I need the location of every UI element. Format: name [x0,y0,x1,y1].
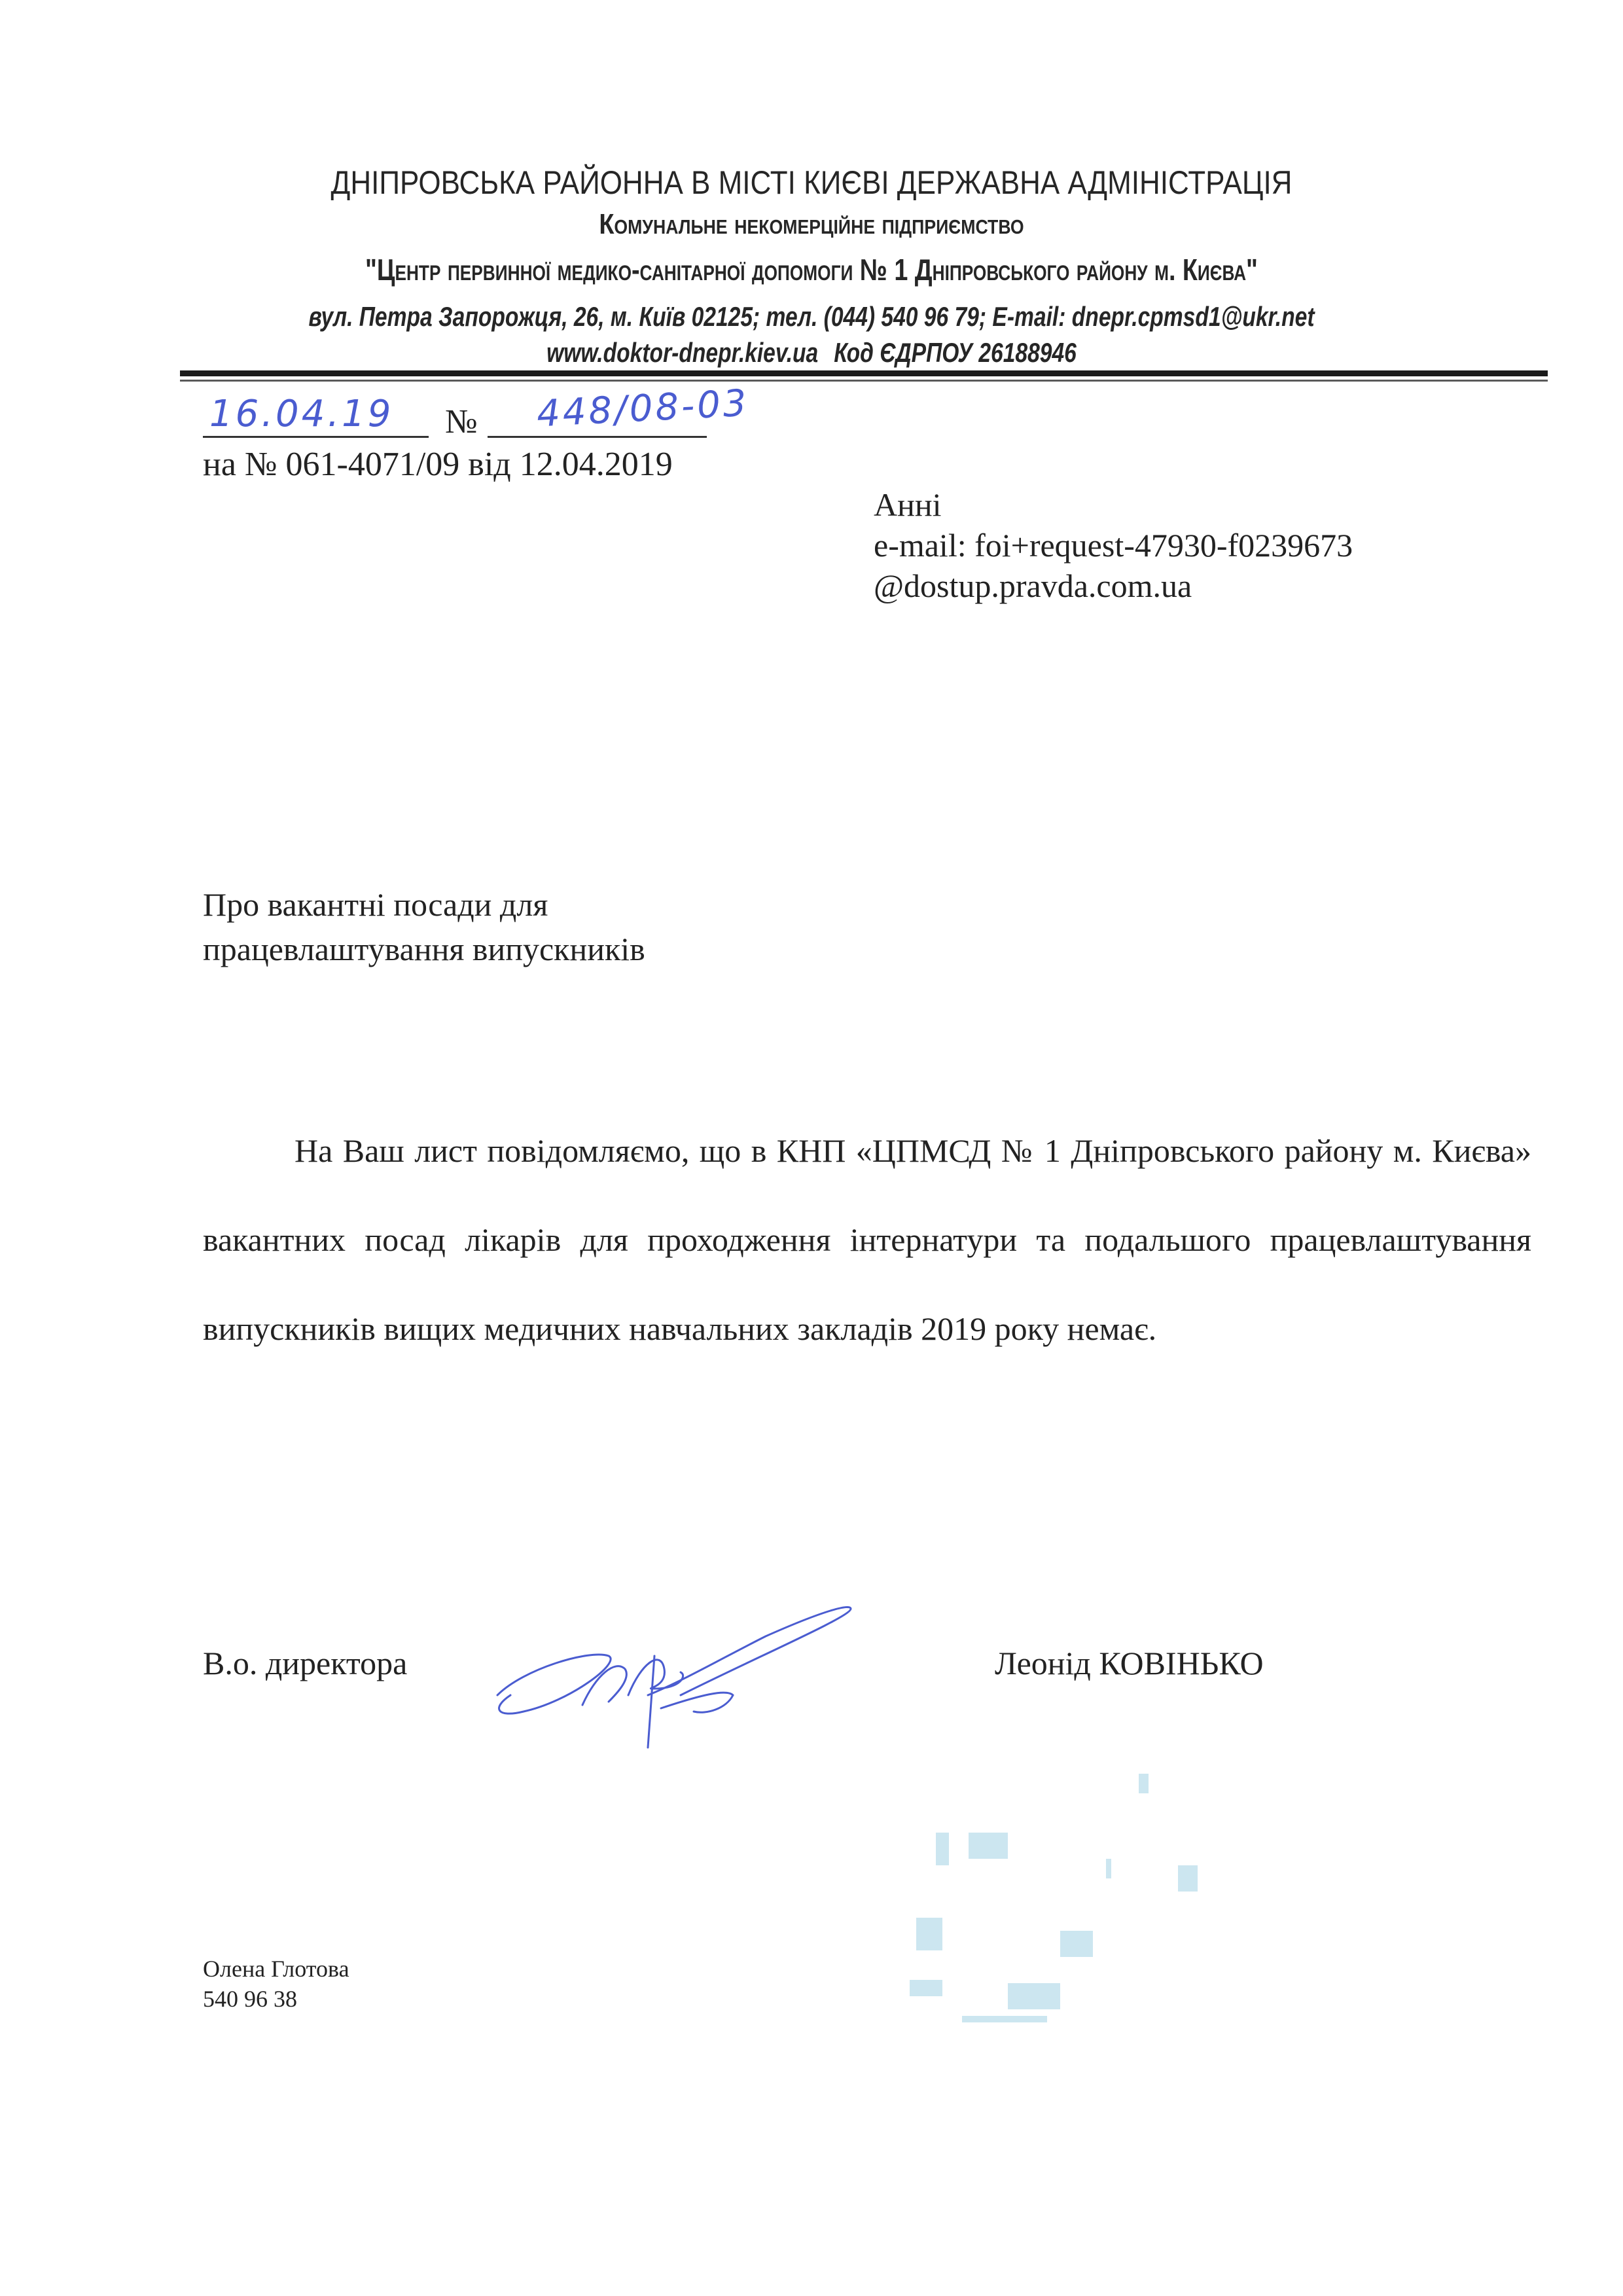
subject-block: Про вакантні посади для працевлаштування… [203,882,645,971]
letterhead-website: www.doktor-dnepr.kiev.ua [546,337,818,368]
handwritten-signature [484,1597,982,1770]
addressee-email-line1: e-mail: foi+request-47930-f0239673 [874,525,1353,565]
number-sign: № [445,403,478,441]
outgoing-number-handwritten: 448/08-03 [536,382,750,436]
signatory-name: Леонід КОВІНЬКО [995,1644,1264,1682]
stamp-imprint-icon [877,1767,1466,2042]
letterhead-address: вул. Петра Запорожця, 26, м. Київ 02125;… [162,301,1461,332]
letterhead-administration: ДНІПРОВСЬКА РАЙОННА В МІСТІ КИЄВІ ДЕРЖАВ… [98,164,1525,202]
letterhead-rule-thick [180,370,1548,376]
addressee-block: Анні e-mail: foi+request-47930-f0239673 … [874,484,1353,606]
signatory-title: В.о. директора [203,1644,407,1682]
letterhead-rule-thin [180,380,1548,382]
executor-phone: 540 96 38 [203,1984,349,2014]
letterhead-enterprise-type: Комунальне некомерційне підприємство [114,208,1510,241]
body-paragraph: На Ваш лист повідомляємо, що в КНП «ЦПМС… [203,1106,1531,1373]
addressee-email-line2: @dostup.pravda.com.ua [874,565,1353,606]
executor-contact: Олена Глотова 540 96 38 [203,1954,349,2014]
number-underline [488,436,707,438]
date-underline [203,436,429,438]
outgoing-date-handwritten: 16.04.19 [209,393,393,435]
letterhead-edrpou: Код ЄДРПОУ 26188946 [834,337,1077,368]
reference-line: на № 061-4071/09 від 12.04.2019 [203,445,673,484]
subject-line2: працевлаштування випускників [203,927,645,971]
addressee-name: Анні [874,484,1353,525]
letterhead-enterprise-name: "Центр первинної медико-санітарної допом… [146,252,1477,287]
executor-name: Олена Глотова [203,1954,349,1984]
subject-line1: Про вакантні посади для [203,882,645,927]
faded-stamp [877,1767,1466,2042]
letterhead-web-code: www.doktor-dnepr.kiev.uaКод ЄДРПОУ 26188… [162,337,1461,368]
signature-scribble-icon [484,1597,982,1767]
